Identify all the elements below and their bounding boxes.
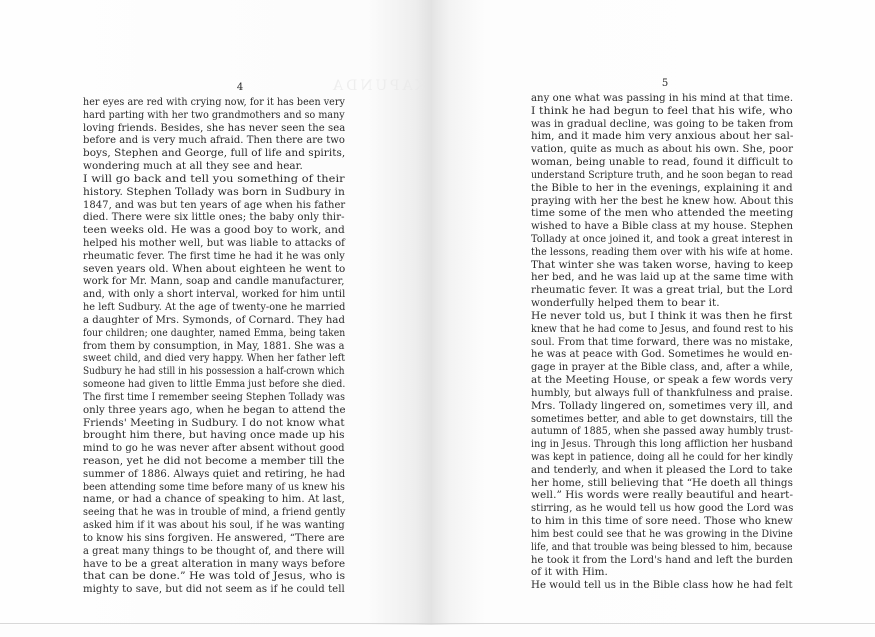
text-line: died. There were six little ones; the ba… bbox=[83, 211, 345, 223]
text-line: her eyes are red with crying now, for it… bbox=[83, 96, 345, 108]
text-line: wonderfully helped them to bear it. bbox=[531, 297, 720, 309]
text-line: him, and it made him very anxious about … bbox=[531, 130, 793, 142]
text-line: her bed, and he was laid up at the same … bbox=[531, 271, 793, 283]
text-line: him best could see that he was growing i… bbox=[531, 528, 793, 540]
text-line: Friends' Meeting in Sudbury. I do not kn… bbox=[83, 417, 345, 429]
text-line: been attending some time before many of … bbox=[83, 481, 345, 493]
text-line: ing in Jesus. Through this long afflicti… bbox=[531, 438, 793, 450]
text-line: wondering much at all they see and hear. bbox=[83, 160, 303, 172]
text-line: wished to have a Bible class at my house… bbox=[531, 220, 793, 232]
text-line: and, with only a short interval, worked … bbox=[83, 288, 345, 300]
text-line: was in gradual decline, was going to be … bbox=[531, 118, 793, 130]
text-line: before and is very much afraid. Then the… bbox=[83, 134, 345, 146]
text-line: from them by consumption, in May, 1881. … bbox=[83, 340, 345, 352]
text-line: I think he had begun to feel that his wi… bbox=[531, 105, 793, 117]
text-line: The first time I remember seeing Stephen… bbox=[83, 391, 345, 403]
page-number-left: 4 bbox=[230, 83, 250, 93]
text-line: asked him if it was about his soul, if h… bbox=[83, 519, 345, 531]
text-line: praying with her the best he knew how. A… bbox=[531, 195, 793, 207]
text-line: to him in this time of sore need. Those … bbox=[531, 515, 793, 527]
text-line: He never told us, but I think it was the… bbox=[531, 310, 792, 322]
text-line: her home, still believing that “He doeth… bbox=[531, 477, 793, 489]
text-line: sometimes better, and able to get downst… bbox=[531, 413, 793, 425]
left-page: THE WRECK OF THE KAPUNDA 4 her eyes are … bbox=[0, 0, 432, 625]
text-line: that can be done.” He was told of Jesus,… bbox=[83, 570, 345, 582]
text-line: well.” His words were really beautiful a… bbox=[531, 489, 793, 501]
text-line: That winter she was taken worse, having … bbox=[531, 259, 793, 271]
text-line: was kept in patience, doing all he could… bbox=[531, 451, 793, 463]
text-line: mighty to save, but did not seem as if h… bbox=[83, 583, 345, 595]
text-line: Sudbury he had still in his possession a… bbox=[83, 365, 345, 377]
text-line: 1847, and was but ten years of age when … bbox=[83, 199, 345, 211]
text-line: summer of 1886. Always quiet and retirin… bbox=[83, 468, 345, 480]
text-line: Mrs. Tollady lingered on, sometimes very… bbox=[531, 400, 793, 412]
page-number-right: 5 bbox=[655, 79, 675, 89]
text-line: someone had given to little Emma just be… bbox=[83, 378, 345, 390]
text-line: at the Meeting House, or speak a few wor… bbox=[531, 374, 793, 386]
text-line: sweet child, and died very happy. When h… bbox=[83, 352, 345, 364]
text-line: seven years old. When about eighteen he … bbox=[83, 263, 345, 275]
text-line: soul. From that time forward, there was … bbox=[531, 336, 793, 348]
text-line: only three years ago, when he began to a… bbox=[83, 404, 346, 416]
text-line: history. Stephen Tollady was born in Sud… bbox=[83, 186, 345, 198]
text-line: gage in prayer at the Bible class, and, … bbox=[531, 361, 793, 373]
text-line: the Bible to her in the evenings, explai… bbox=[531, 182, 793, 194]
text-line: I will go back and tell you something of… bbox=[83, 173, 345, 185]
text-line: a daughter of Mrs. Symonds, of Cornard. … bbox=[83, 314, 345, 326]
text-line: loving friends. Besides, she has never s… bbox=[83, 122, 345, 134]
text-line: he left Sudbury. At the age of twenty-on… bbox=[83, 301, 345, 313]
text-line: mind to go he was never after absent wit… bbox=[83, 442, 345, 454]
text-line: humbly, but always full of thankfulness … bbox=[531, 387, 793, 399]
text-line: hard parting with her two grandmothers a… bbox=[83, 109, 345, 121]
text-line: reason, yet he did not become a member t… bbox=[83, 455, 345, 467]
text-line: to know his sins forgiven. He answered, … bbox=[83, 532, 345, 544]
text-line: he took it from the Lord's hand and left… bbox=[531, 554, 793, 566]
text-line: understand Scripture truth, and he soon … bbox=[531, 169, 793, 181]
text-line: a great many things to be thought of, an… bbox=[83, 545, 345, 557]
text-line: time some of the men who attended the me… bbox=[531, 207, 793, 219]
text-line: teen weeks old. He was a good boy to wor… bbox=[83, 224, 345, 236]
text-line: helped his mother well, but was liable t… bbox=[83, 237, 345, 249]
text-line: the lessons, reading them over with his … bbox=[531, 246, 793, 258]
text-line: he was at peace with God. Sometimes he w… bbox=[531, 348, 793, 360]
text-line: Tollady at once joined it, and took a gr… bbox=[531, 233, 793, 245]
right-page: 5 any one what was passing in his mind a… bbox=[432, 0, 875, 625]
text-line: work for Mr. Mann, soap and candle manuf… bbox=[83, 275, 344, 287]
text-line: woman, being unable to read, found it di… bbox=[531, 156, 793, 168]
text-line: four children; one daughter, named Emma,… bbox=[83, 327, 345, 339]
book-spread: THE WRECK OF THE KAPUNDA 4 her eyes are … bbox=[0, 0, 875, 637]
text-line: brought him there, but having once made … bbox=[83, 429, 345, 441]
text-line: and tenderly, and when it pleased the Lo… bbox=[531, 464, 793, 476]
text-line: rheumatic fever. The first time he had i… bbox=[83, 250, 345, 262]
text-line: seeing that he was in trouble of mind, a… bbox=[83, 506, 345, 518]
text-line: stirring, as he would tell us how good t… bbox=[531, 502, 793, 514]
text-line: He would tell us in the Bible class how … bbox=[531, 579, 793, 591]
text-line: rheumatic fever. It was a great trial, b… bbox=[531, 284, 793, 296]
text-line: knew that he had come to Jesus, and foun… bbox=[531, 323, 793, 335]
text-line: have to be a great alteration in many wa… bbox=[83, 558, 345, 570]
text-line: autumn of 1885, when she passed away hum… bbox=[531, 425, 793, 437]
text-line: of it with Him. bbox=[531, 566, 608, 578]
text-line: any one what was passing in his mind at … bbox=[531, 92, 793, 104]
page-bottom-edge bbox=[0, 623, 875, 624]
text-line: boys, Stephen and George, full of life a… bbox=[83, 147, 345, 159]
text-line: life, and that trouble was being blessed… bbox=[531, 541, 793, 553]
text-line: vation, quite as much as about his own. … bbox=[531, 143, 793, 155]
text-line: name, or had a chance of speaking to him… bbox=[83, 493, 345, 505]
